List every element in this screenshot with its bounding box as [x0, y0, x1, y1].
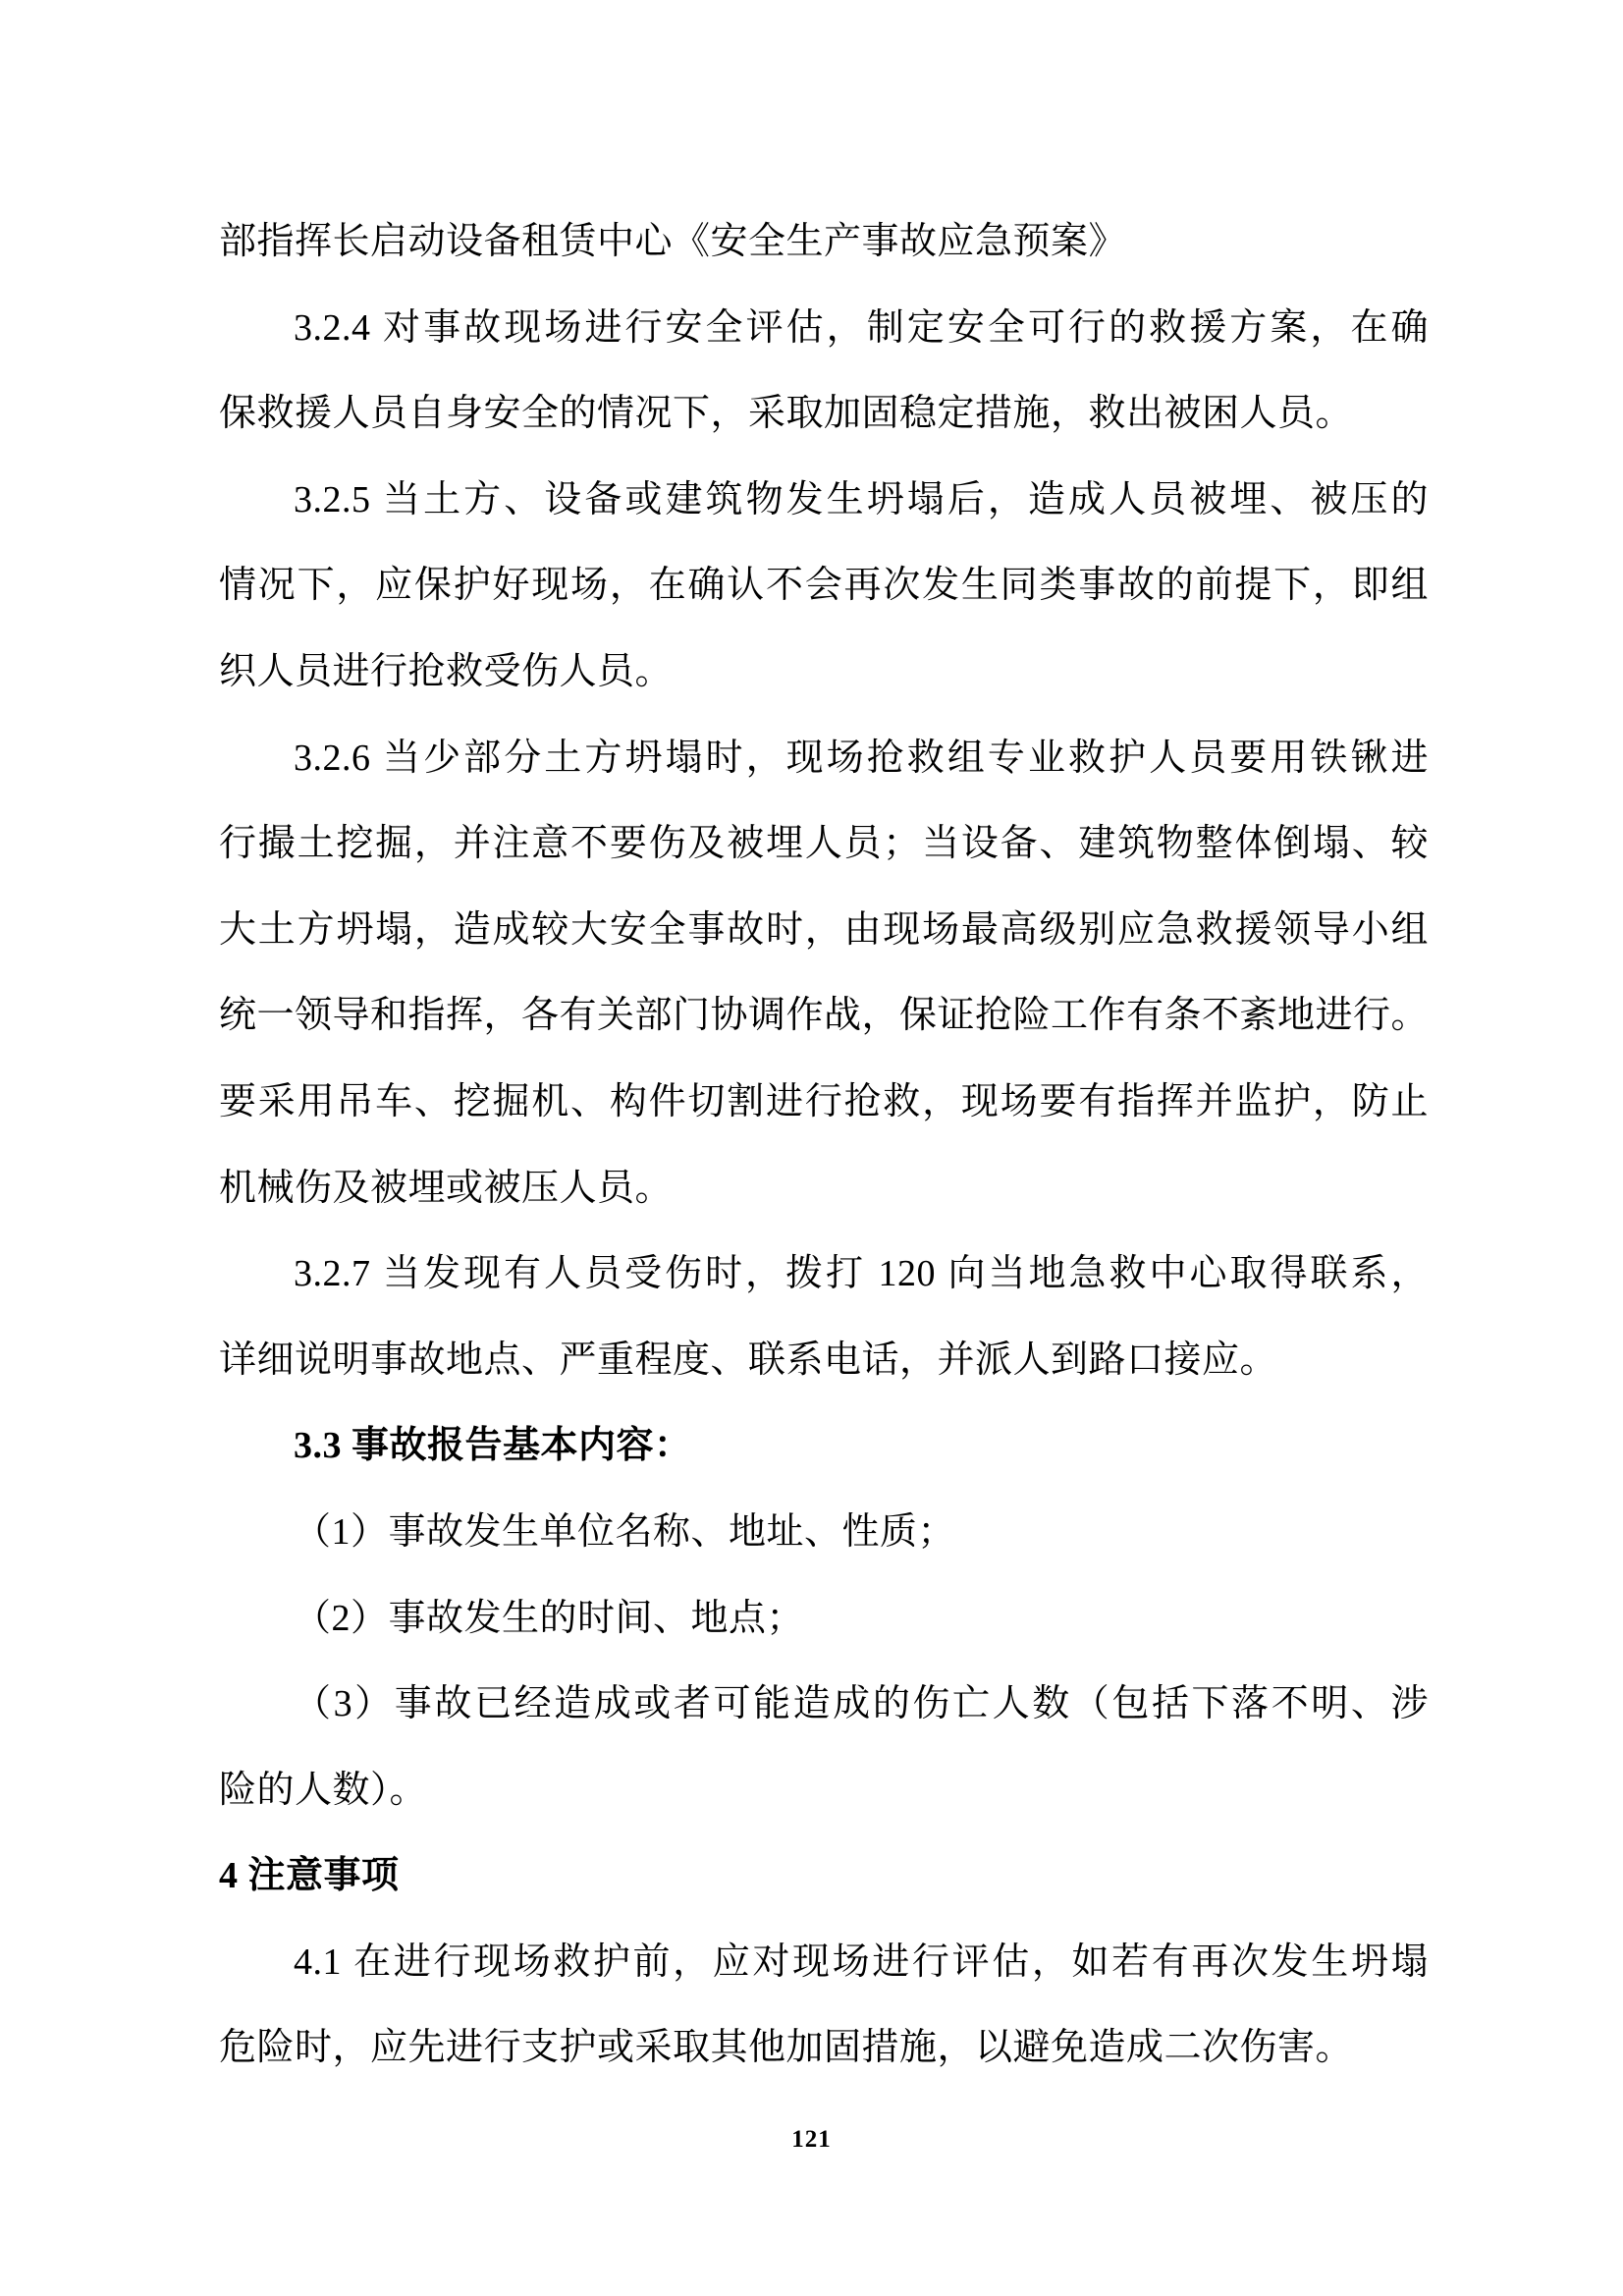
text-line: 3.2.4 对事故现场进行安全评估，制定安全可行的救援方案，在确 [219, 286, 1429, 372]
text-line: （2）事故发生的时间、地点； [219, 1576, 1429, 1663]
para-3-2-4: 3.2.4 对事故现场进行安全评估，制定安全可行的救援方案，在确保救援人员自身安… [219, 286, 1429, 458]
text-line: 保救援人员自身安全的情况下，采取加固稳定措施，救出被困人员。 [219, 371, 1429, 458]
text-line: 行撮土挖掘，并注意不要伤及被埋人员；当设备、建筑物整体倒塌、较 [219, 801, 1429, 888]
text-line: 统一领导和指挥，各有关部门协调作战，保证抢险工作有条不紊地进行。 [219, 973, 1429, 1060]
text-line: 4 注意事项 [219, 1833, 1429, 1920]
text-line: 织人员进行抢救受伤人员。 [219, 629, 1429, 716]
text-line: 机械伤及被埋或被压人员。 [219, 1146, 1429, 1232]
page-footer: 121 [0, 2123, 1623, 2159]
para-3-2-7: 3.2.7 当发现有人员受伤时，拨打 120 向当地急救中心取得联系，详细说明事… [219, 1231, 1429, 1403]
page-number: 121 [791, 2126, 832, 2153]
para-continuation: 部指挥长启动设备租赁中心《安全生产事故应急预案》 [219, 199, 1429, 286]
para-item-2: （2）事故发生的时间、地点； [219, 1576, 1429, 1663]
text-line: 详细说明事故地点、严重程度、联系电话，并派人到路口接应。 [219, 1318, 1429, 1404]
text-line: 3.3 事故报告基本内容： [219, 1403, 1429, 1490]
text-line: 3.2.6 当少部分土方坍塌时，现场抢救组专业救护人员要用铁锹进 [219, 716, 1429, 802]
para-3-2-5: 3.2.5 当土方、设备或建筑物发生坍塌后，造成人员被埋、被压的情况下，应保护好… [219, 458, 1429, 716]
text-line: 危险时，应先进行支护或采取其他加固措施，以避免造成二次伤害。 [219, 2005, 1429, 2092]
para-item-1: （1）事故发生单位名称、地址、性质； [219, 1490, 1429, 1576]
text-line: 险的人数）。 [219, 1748, 1429, 1834]
text-line: 3.2.5 当土方、设备或建筑物发生坍塌后，造成人员被埋、被压的 [219, 458, 1429, 544]
text-line: 要采用吊车、挖掘机、构件切割进行抢救，现场要有指挥并监护，防止 [219, 1060, 1429, 1146]
heading-3-3: 3.3 事故报告基本内容： [219, 1403, 1429, 1490]
document-body: 部指挥长启动设备租赁中心《安全生产事故应急预案》3.2.4 对事故现场进行安全评… [219, 199, 1429, 2092]
para-item-3: （3）事故已经造成或者可能造成的伤亡人数（包括下落不明、涉险的人数）。 [219, 1662, 1429, 1833]
para-3-2-6: 3.2.6 当少部分土方坍塌时，现场抢救组专业救护人员要用铁锹进行撮土挖掘，并注… [219, 716, 1429, 1232]
text-line: 大土方坍塌，造成较大安全事故时，由现场最高级别应急救援领导小组 [219, 888, 1429, 974]
document-page: 部指挥长启动设备租赁中心《安全生产事故应急预案》3.2.4 对事故现场进行安全评… [0, 0, 1623, 2296]
para-4-1: 4.1 在进行现场救护前，应对现场进行评估，如若有再次发生坍塌危险时，应先进行支… [219, 1920, 1429, 2092]
text-line: 4.1 在进行现场救护前，应对现场进行评估，如若有再次发生坍塌 [219, 1920, 1429, 2006]
text-line: 3.2.7 当发现有人员受伤时，拨打 120 向当地急救中心取得联系， [219, 1231, 1429, 1318]
heading-4: 4 注意事项 [219, 1833, 1429, 1920]
text-line: 情况下，应保护好现场，在确认不会再次发生同类事故的前提下，即组 [219, 543, 1429, 629]
text-line: （1）事故发生单位名称、地址、性质； [219, 1490, 1429, 1576]
text-line: 部指挥长启动设备租赁中心《安全生产事故应急预案》 [219, 199, 1429, 286]
text-line: （3）事故已经造成或者可能造成的伤亡人数（包括下落不明、涉 [219, 1662, 1429, 1748]
